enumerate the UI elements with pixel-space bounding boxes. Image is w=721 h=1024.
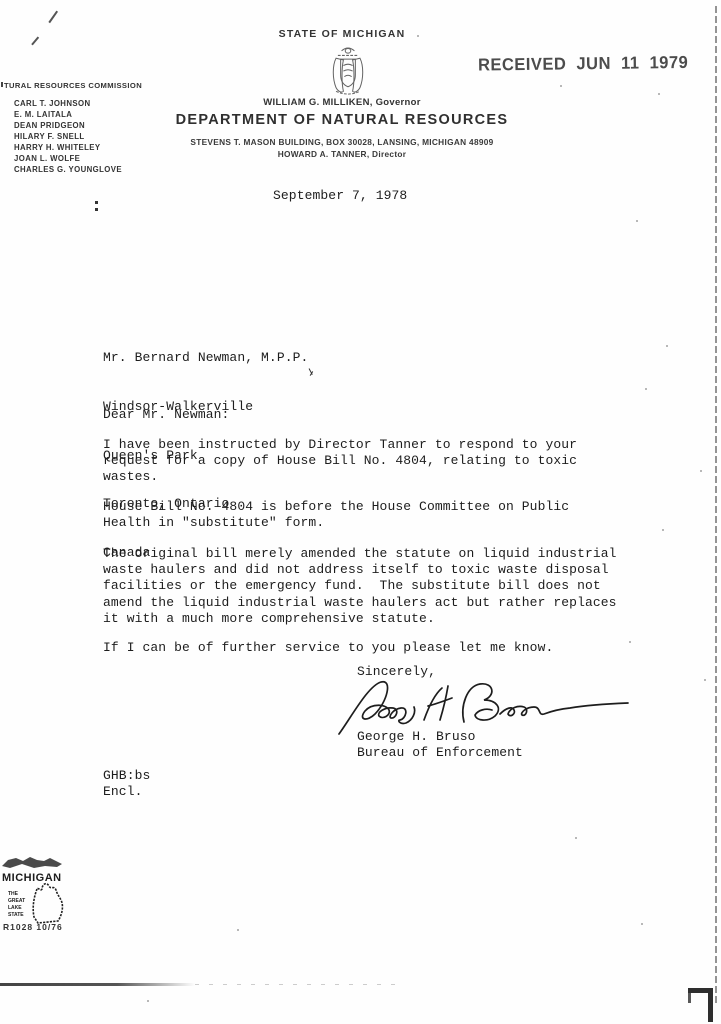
lower-peninsula-silhouette — [33, 884, 62, 923]
scan-noise-dot — [629, 641, 631, 643]
scan-smudge-line — [0, 983, 195, 986]
commission-member-list: CARL T. JOHNSON E. M. LAITALA DEAN PRIDG… — [1, 98, 142, 175]
commission-block: TURAL RESOURCES COMMISSION CARL T. JOHNS… — [1, 81, 142, 175]
salutation: Dear Mr. Newman: — [103, 407, 229, 423]
michigan-logo-text: MICHIGAN — [2, 872, 62, 884]
slogan-line: STATE — [8, 912, 24, 918]
letter-page: STATE OF MICHIGAN WILLIAM G. MILLIKEN, G… — [0, 0, 721, 1024]
signer-title: Bureau of Enforcement — [357, 745, 523, 761]
form-number: R1028 10/76 — [3, 922, 63, 932]
scan-edge-line — [715, 6, 717, 1006]
scan-noise-dot — [636, 220, 638, 222]
slogan-line: LAKE — [8, 905, 22, 911]
michigan-footer-logo: MICHIGAN THE GREAT LAKE STATE — [1, 851, 79, 931]
scan-noise-dot — [658, 93, 660, 95]
commission-title: TURAL RESOURCES COMMISSION — [1, 81, 142, 90]
scan-noise-dot — [560, 85, 562, 87]
slogan-line: GREAT — [8, 898, 25, 904]
body-paragraph-3: The original bill merely amended the sta… — [103, 546, 617, 627]
department-title: DEPARTMENT OF NATURAL RESOURCES — [157, 112, 527, 128]
body-paragraph-2: House Bill No. 4804 is before the House … — [103, 499, 569, 531]
scan-noise-dot — [641, 923, 643, 925]
scan-noise-dot — [700, 470, 702, 472]
body-paragraph-1: I have been instructed by Director Tanne… — [103, 437, 577, 486]
letter-date: September 7, 1978 — [273, 188, 407, 204]
scan-smudge-line — [195, 984, 405, 985]
commission-member: JOAN L. WOLFE — [14, 153, 142, 164]
scan-noise-dot — [417, 35, 419, 37]
upper-peninsula-silhouette — [2, 857, 62, 868]
corner-bracket-mark — [688, 993, 691, 1003]
scan-noise-dot — [575, 837, 577, 839]
slogan-line: THE — [8, 891, 19, 897]
scan-noise-dot — [147, 1000, 149, 1002]
commission-member: HILARY F. SNELL — [14, 131, 142, 142]
commission-member: CARL T. JOHNSON — [14, 98, 142, 109]
commission-member: CHARLES G. YOUNGLOVE — [14, 164, 142, 175]
scan-noise-dot — [237, 929, 239, 931]
commission-member: DEAN PRIDGEON — [14, 120, 142, 131]
scan-noise-dot — [666, 345, 668, 347]
director-line: HOWARD A. TANNER, Director — [157, 149, 527, 159]
scan-noise-dot — [645, 388, 647, 390]
body-paragraph-4: If I can be of further service to you pl… — [103, 640, 553, 656]
scan-noise-dot — [662, 529, 664, 531]
department-address: STEVENS T. MASON BUILDING, BOX 30028, LA… — [157, 137, 527, 147]
recipient-line: Mr. Bernard Newman, M.P.P. — [103, 350, 308, 366]
pen-scribble — [48, 11, 57, 23]
commission-member: HARRY H. WHITELEY — [14, 142, 142, 153]
scan-colon-mark — [95, 201, 98, 204]
scan-noise-dot — [704, 679, 706, 681]
enclosure-note: Encl. — [103, 784, 143, 800]
corner-bracket-mark — [708, 988, 713, 1022]
typist-reference: GHB:bs — [103, 768, 150, 784]
commission-member: E. M. LAITALA — [14, 109, 142, 120]
state-title: STATE OF MICHIGAN — [157, 28, 527, 40]
pen-scribble — [31, 36, 39, 45]
michigan-state-seal-icon — [325, 44, 371, 100]
signer-name: George H. Bruso — [357, 729, 476, 745]
governor-line: WILLIAM G. MILLIKEN, Governor — [157, 97, 527, 108]
received-date-stamp: RECEIVED JUN 11 1979 — [478, 53, 688, 76]
